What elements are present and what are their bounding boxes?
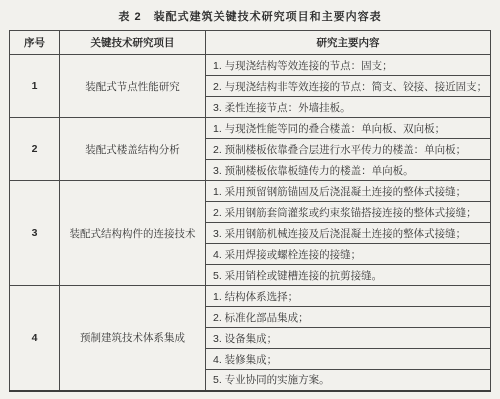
- row-project-2: 装配式楼盖结构分析: [60, 118, 206, 181]
- row-number-3: 3: [10, 181, 60, 286]
- row-project-1: 装配式节点性能研究: [60, 55, 206, 118]
- table-row: 2 装配式楼盖结构分析 1. 与现浇性能等同的叠合楼盖：单向板、双向板；: [10, 118, 491, 139]
- content-item: 5. 采用销栓或键槽连接的抗剪接缝。: [206, 265, 491, 286]
- content-item: 1. 与现浇结构等效连接的节点：固支；: [206, 55, 491, 76]
- content-item: 4. 装修集成；: [206, 349, 491, 370]
- content-item: 1. 采用预留钢筋锚固及后浇混凝土连接的整体式接缝；: [206, 181, 491, 202]
- content-item: 2. 标准化部品集成；: [206, 307, 491, 328]
- research-projects-table: 序号 关键技术研究项目 研究主要内容 1 装配式节点性能研究 1. 与现浇结构等…: [9, 30, 491, 392]
- row-project-3: 装配式结构构件的连接技术: [60, 181, 206, 286]
- col-header-no: 序号: [10, 31, 60, 55]
- row-number-4: 4: [10, 286, 60, 391]
- content-item: 1. 与现浇性能等同的叠合楼盖：单向板、双向板；: [206, 118, 491, 139]
- content-item: 2. 预制楼板依靠叠合层进行水平传力的楼盖：单向板；: [206, 139, 491, 160]
- content-item: 3. 设备集成；: [206, 328, 491, 349]
- table-row: 1 装配式节点性能研究 1. 与现浇结构等效连接的节点：固支；: [10, 55, 491, 76]
- col-header-content: 研究主要内容: [206, 31, 491, 55]
- content-item: 3. 预制楼板依靠板缝传力的楼盖：单向板。: [206, 160, 491, 181]
- row-number-2: 2: [10, 118, 60, 181]
- document-page: 表 2 装配式建筑关键技术研究项目和主要内容表 序号 关键技术研究项目 研究主要…: [0, 0, 500, 399]
- content-item: 1. 结构体系选择；: [206, 286, 491, 307]
- content-item: 4. 采用焊接或螺栓连接的接缝；: [206, 244, 491, 265]
- table-row: 4 预制建筑技术体系集成 1. 结构体系选择；: [10, 286, 491, 307]
- col-header-project: 关键技术研究项目: [60, 31, 206, 55]
- content-item: 3. 柔性连接节点：外墙挂板。: [206, 97, 491, 118]
- content-item: 2. 采用钢筋套筒灌浆或约束浆锚搭接连接的整体式接缝；: [206, 202, 491, 223]
- row-project-4: 预制建筑技术体系集成: [60, 286, 206, 391]
- content-item: 5. 专业协同的实施方案。: [206, 370, 491, 391]
- row-number-1: 1: [10, 55, 60, 118]
- table-title: 表 2 装配式建筑关键技术研究项目和主要内容表: [0, 0, 500, 24]
- content-item: 3. 采用钢筋机械连接及后浇混凝土连接的整体式接缝；: [206, 223, 491, 244]
- header-row: 序号 关键技术研究项目 研究主要内容: [10, 31, 491, 55]
- table-row: 3 装配式结构构件的连接技术 1. 采用预留钢筋锚固及后浇混凝土连接的整体式接缝…: [10, 181, 491, 202]
- content-item: 2. 与现浇结构非等效连接的节点：简支、铰接、接近固支；: [206, 76, 491, 97]
